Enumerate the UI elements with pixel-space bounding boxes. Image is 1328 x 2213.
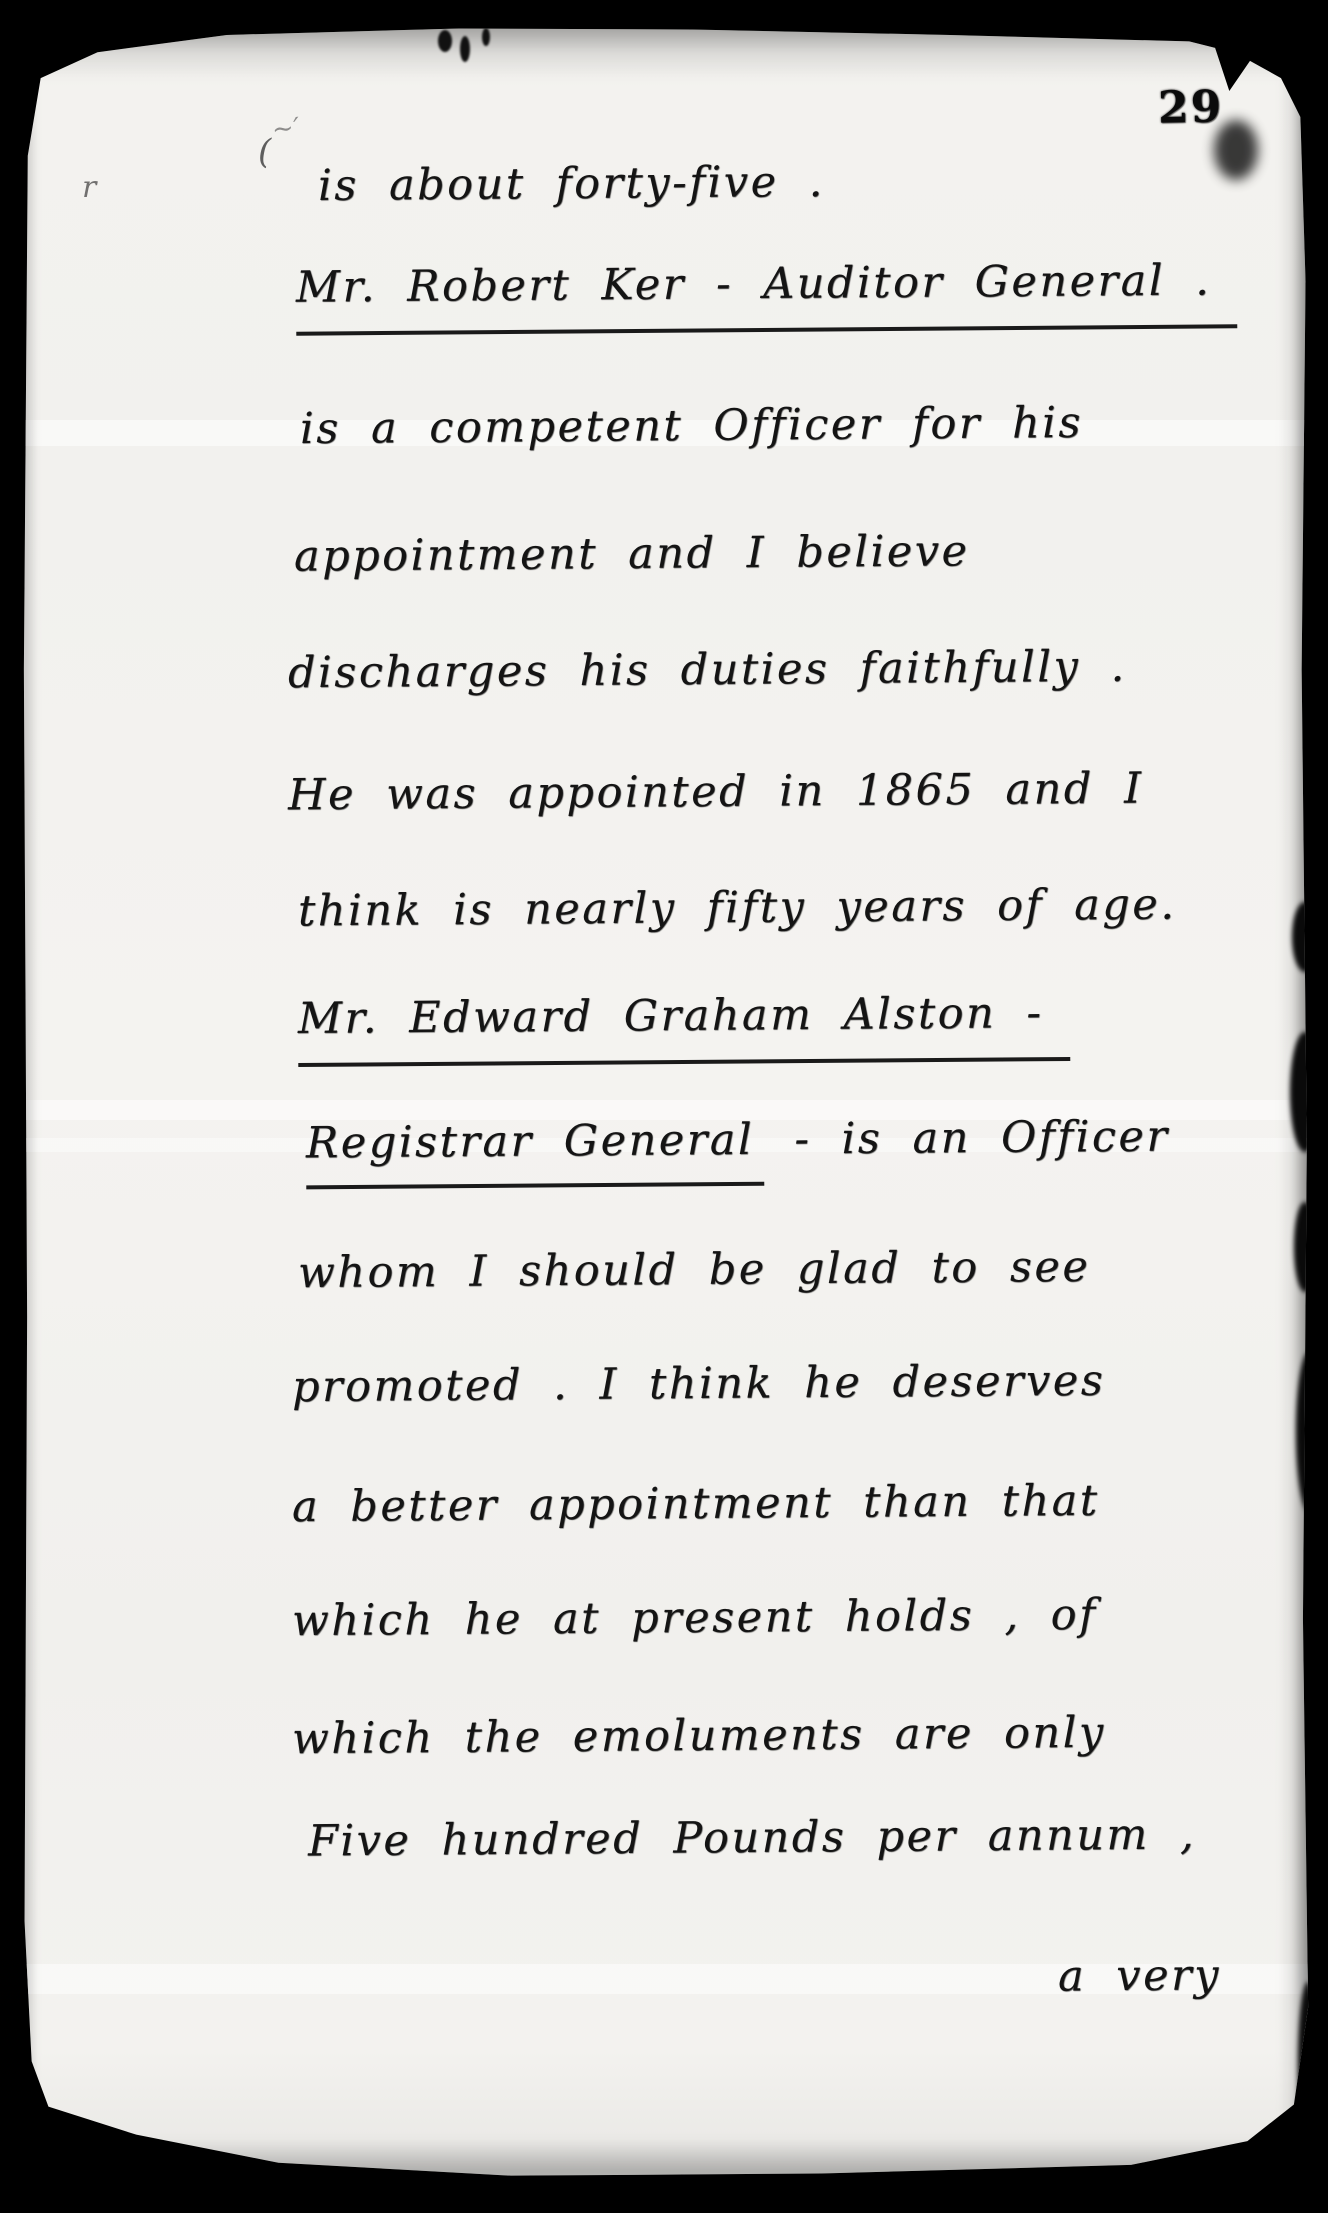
manuscript-line-rest: - is an Officer xyxy=(764,1112,1170,1165)
manuscript-line: is about forty-five . xyxy=(318,156,825,214)
stray-mark: ( xyxy=(258,132,271,172)
edge-blot xyxy=(1298,1982,1318,2152)
edge-blot xyxy=(1296,1352,1322,1512)
ink-speck xyxy=(460,36,470,62)
manuscript-line: is a competent Officer for his xyxy=(300,397,1083,457)
manuscript-line: Registrar General - is an Officer xyxy=(306,1111,1170,1190)
page-number-stamp: 29 xyxy=(1158,81,1224,133)
underlined-heading: Registrar General xyxy=(306,1114,765,1189)
edge-blot xyxy=(1294,1202,1316,1292)
underlined-heading: Mr. Edward Graham Alston - xyxy=(298,987,1070,1067)
paper-edge-shadow-bottom xyxy=(20,2140,1312,2180)
manuscript-line: Mr. Edward Graham Alston - xyxy=(298,987,1070,1067)
manuscript-catchword: a very xyxy=(1058,1949,1221,2004)
underlined-heading: Mr. Robert Ker - Auditor General . xyxy=(296,254,1238,335)
paper-edge-shadow-top xyxy=(20,22,1312,78)
edge-blot xyxy=(1290,1032,1320,1152)
manuscript-line: promoted . I think he deserves xyxy=(292,1355,1106,1415)
scanned-document-page: ~′ r ( 29 is about forty-five . Mr. Robe… xyxy=(0,0,1328,2213)
manuscript-line: which he at present holds , of xyxy=(292,1589,1098,1649)
ink-speck xyxy=(438,30,452,52)
manuscript-line: He was appointed in 1865 and I xyxy=(288,763,1144,823)
stray-mark: ~′ xyxy=(271,113,302,146)
manuscript-line: Five hundred Pounds per annum , xyxy=(308,1809,1196,1870)
edge-blot xyxy=(1292,902,1318,972)
manuscript-line: appointment and I believe xyxy=(294,525,970,584)
manuscript-line: whom I should be glad to see xyxy=(298,1241,1091,1301)
ink-speck xyxy=(482,28,490,46)
paper-edge-shadow-left xyxy=(20,22,38,2180)
manuscript-line: think is nearly fifty years of age. xyxy=(298,879,1177,940)
stray-mark: r xyxy=(82,170,96,205)
manuscript-line: which the emoluments are only xyxy=(292,1707,1106,1767)
manuscript-line: a better appointment than that xyxy=(292,1475,1100,1535)
manuscript-line: discharges his duties faithfully . xyxy=(288,641,1127,701)
manuscript-line: Mr. Robert Ker - Auditor General . xyxy=(296,254,1238,335)
